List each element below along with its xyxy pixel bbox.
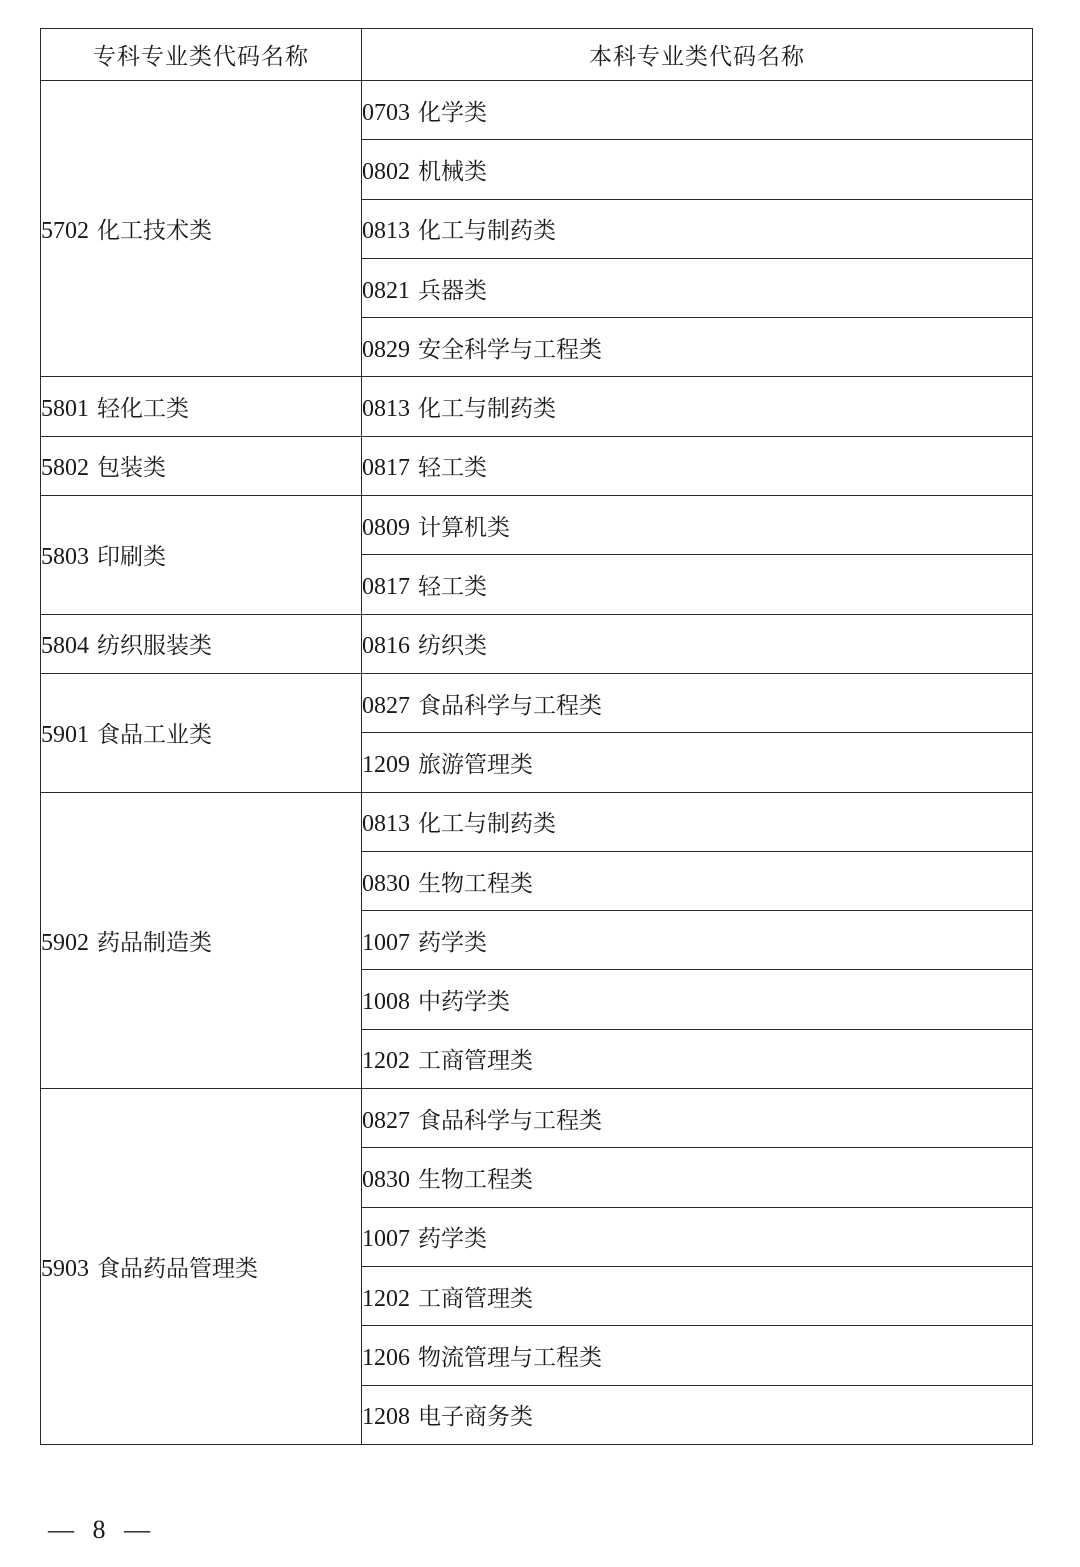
- undergraduate-major-name: 化工与制药类: [418, 396, 556, 422]
- undergraduate-major-code: 0829: [362, 337, 410, 363]
- undergraduate-major-name: 食品科学与工程类: [418, 693, 602, 719]
- undergraduate-major-cell: 0829安全科学与工程类: [362, 318, 1033, 377]
- vocational-major-code: 5801: [41, 396, 89, 422]
- undergraduate-major-code: 0703: [362, 100, 410, 126]
- vocational-major-cell: 5903食品药品管理类: [41, 1089, 362, 1445]
- major-mapping-table: 专科专业类代码名称 本科专业类代码名称 5702化工技术类0703化学类0802…: [40, 28, 1033, 1445]
- undergraduate-major-code: 1209: [362, 752, 410, 778]
- undergraduate-major-code: 1208: [362, 1404, 410, 1430]
- undergraduate-major-name: 电子商务类: [418, 1404, 533, 1430]
- header-undergraduate-major: 本科专业类代码名称: [362, 29, 1033, 81]
- undergraduate-major-code: 0827: [362, 693, 410, 719]
- undergraduate-major-cell: 1206物流管理与工程类: [362, 1326, 1033, 1385]
- vocational-major-code: 5903: [41, 1256, 89, 1282]
- undergraduate-major-cell: 1209旅游管理类: [362, 733, 1033, 792]
- undergraduate-major-cell: 0827食品科学与工程类: [362, 1089, 1033, 1148]
- undergraduate-major-code: 0817: [362, 455, 410, 481]
- page-number: — 8 —: [48, 1515, 156, 1545]
- undergraduate-major-code: 0821: [362, 278, 410, 304]
- undergraduate-major-code: 1007: [362, 1226, 410, 1252]
- undergraduate-major-cell: 0813化工与制药类: [362, 792, 1033, 851]
- undergraduate-major-cell: 0802机械类: [362, 140, 1033, 199]
- undergraduate-major-code: 0813: [362, 811, 410, 837]
- undergraduate-major-name: 物流管理与工程类: [418, 1345, 602, 1371]
- table-row: 5901食品工业类0827食品科学与工程类: [41, 673, 1033, 732]
- vocational-major-name: 包装类: [97, 455, 166, 481]
- undergraduate-major-name: 纺织类: [418, 633, 487, 659]
- undergraduate-major-name: 食品科学与工程类: [418, 1108, 602, 1134]
- undergraduate-major-code: 0830: [362, 1167, 410, 1193]
- undergraduate-major-cell: 0813化工与制药类: [362, 199, 1033, 258]
- vocational-major-name: 纺织服装类: [97, 633, 212, 659]
- undergraduate-major-name: 生物工程类: [418, 1167, 533, 1193]
- undergraduate-major-code: 0813: [362, 218, 410, 244]
- undergraduate-major-name: 机械类: [418, 159, 487, 185]
- undergraduate-major-name: 化工与制药类: [418, 811, 556, 837]
- undergraduate-major-name: 工商管理类: [418, 1048, 533, 1074]
- vocational-major-cell: 5802包装类: [41, 436, 362, 495]
- vocational-major-code: 5804: [41, 633, 89, 659]
- undergraduate-major-name: 化学类: [418, 100, 487, 126]
- undergraduate-major-code: 1206: [362, 1345, 410, 1371]
- vocational-major-name: 食品工业类: [97, 722, 212, 748]
- undergraduate-major-code: 0827: [362, 1108, 410, 1134]
- undergraduate-major-cell: 0816纺织类: [362, 614, 1033, 673]
- undergraduate-major-cell: 1007药学类: [362, 1207, 1033, 1266]
- undergraduate-major-name: 旅游管理类: [418, 752, 533, 778]
- vocational-major-cell: 5804纺织服装类: [41, 614, 362, 673]
- undergraduate-major-cell: 1007药学类: [362, 911, 1033, 970]
- undergraduate-major-code: 0802: [362, 159, 410, 185]
- undergraduate-major-name: 安全科学与工程类: [418, 337, 602, 363]
- undergraduate-major-name: 轻工类: [418, 574, 487, 600]
- undergraduate-major-cell: 0817轻工类: [362, 555, 1033, 614]
- vocational-major-cell: 5803印刷类: [41, 496, 362, 615]
- undergraduate-major-code: 1202: [362, 1048, 410, 1074]
- undergraduate-major-cell: 0830生物工程类: [362, 851, 1033, 910]
- table-body: 5702化工技术类0703化学类0802机械类0813化工与制药类0821兵器类…: [41, 81, 1033, 1445]
- undergraduate-major-cell: 0813化工与制药类: [362, 377, 1033, 436]
- undergraduate-major-code: 0830: [362, 871, 410, 897]
- undergraduate-major-cell: 0703化学类: [362, 81, 1033, 140]
- undergraduate-major-name: 中药学类: [418, 989, 510, 1015]
- undergraduate-major-cell: 0827食品科学与工程类: [362, 673, 1033, 732]
- vocational-major-code: 5802: [41, 455, 89, 481]
- header-vocational-major: 专科专业类代码名称: [41, 29, 362, 81]
- undergraduate-major-name: 生物工程类: [418, 871, 533, 897]
- vocational-major-cell: 5901食品工业类: [41, 673, 362, 792]
- undergraduate-major-cell: 0817轻工类: [362, 436, 1033, 495]
- undergraduate-major-cell: 0809计算机类: [362, 496, 1033, 555]
- vocational-major-name: 药品制造类: [97, 930, 212, 956]
- table-row: 5801轻化工类0813化工与制药类: [41, 377, 1033, 436]
- vocational-major-name: 食品药品管理类: [97, 1256, 258, 1282]
- undergraduate-major-code: 1202: [362, 1286, 410, 1312]
- undergraduate-major-code: 1007: [362, 930, 410, 956]
- vocational-major-name: 轻化工类: [97, 396, 189, 422]
- undergraduate-major-cell: 0821兵器类: [362, 258, 1033, 317]
- header-row: 专科专业类代码名称 本科专业类代码名称: [41, 29, 1033, 81]
- vocational-major-code: 5901: [41, 722, 89, 748]
- undergraduate-major-cell: 1202工商管理类: [362, 1266, 1033, 1325]
- vocational-major-cell: 5902药品制造类: [41, 792, 362, 1088]
- undergraduate-major-code: 1008: [362, 989, 410, 1015]
- undergraduate-major-name: 轻工类: [418, 455, 487, 481]
- vocational-major-cell: 5702化工技术类: [41, 81, 362, 377]
- undergraduate-major-code: 0813: [362, 396, 410, 422]
- undergraduate-major-cell: 1008中药学类: [362, 970, 1033, 1029]
- vocational-major-name: 化工技术类: [97, 218, 212, 244]
- undergraduate-major-code: 0809: [362, 515, 410, 541]
- table-row: 5702化工技术类0703化学类: [41, 81, 1033, 140]
- undergraduate-major-name: 化工与制药类: [418, 218, 556, 244]
- undergraduate-major-name: 药学类: [418, 930, 487, 956]
- undergraduate-major-code: 0816: [362, 633, 410, 659]
- vocational-major-code: 5803: [41, 544, 89, 570]
- table-row: 5903食品药品管理类0827食品科学与工程类: [41, 1089, 1033, 1148]
- vocational-major-code: 5902: [41, 930, 89, 956]
- vocational-major-cell: 5801轻化工类: [41, 377, 362, 436]
- undergraduate-major-code: 0817: [362, 574, 410, 600]
- undergraduate-major-name: 工商管理类: [418, 1286, 533, 1312]
- undergraduate-major-name: 计算机类: [418, 515, 510, 541]
- undergraduate-major-name: 药学类: [418, 1226, 487, 1252]
- table-row: 5804纺织服装类0816纺织类: [41, 614, 1033, 673]
- undergraduate-major-cell: 1208电子商务类: [362, 1385, 1033, 1444]
- vocational-major-name: 印刷类: [97, 544, 166, 570]
- undergraduate-major-name: 兵器类: [418, 278, 487, 304]
- table-row: 5902药品制造类0813化工与制药类: [41, 792, 1033, 851]
- table-row: 5802包装类0817轻工类: [41, 436, 1033, 495]
- undergraduate-major-cell: 1202工商管理类: [362, 1029, 1033, 1088]
- vocational-major-code: 5702: [41, 218, 89, 244]
- undergraduate-major-cell: 0830生物工程类: [362, 1148, 1033, 1207]
- table-row: 5803印刷类0809计算机类: [41, 496, 1033, 555]
